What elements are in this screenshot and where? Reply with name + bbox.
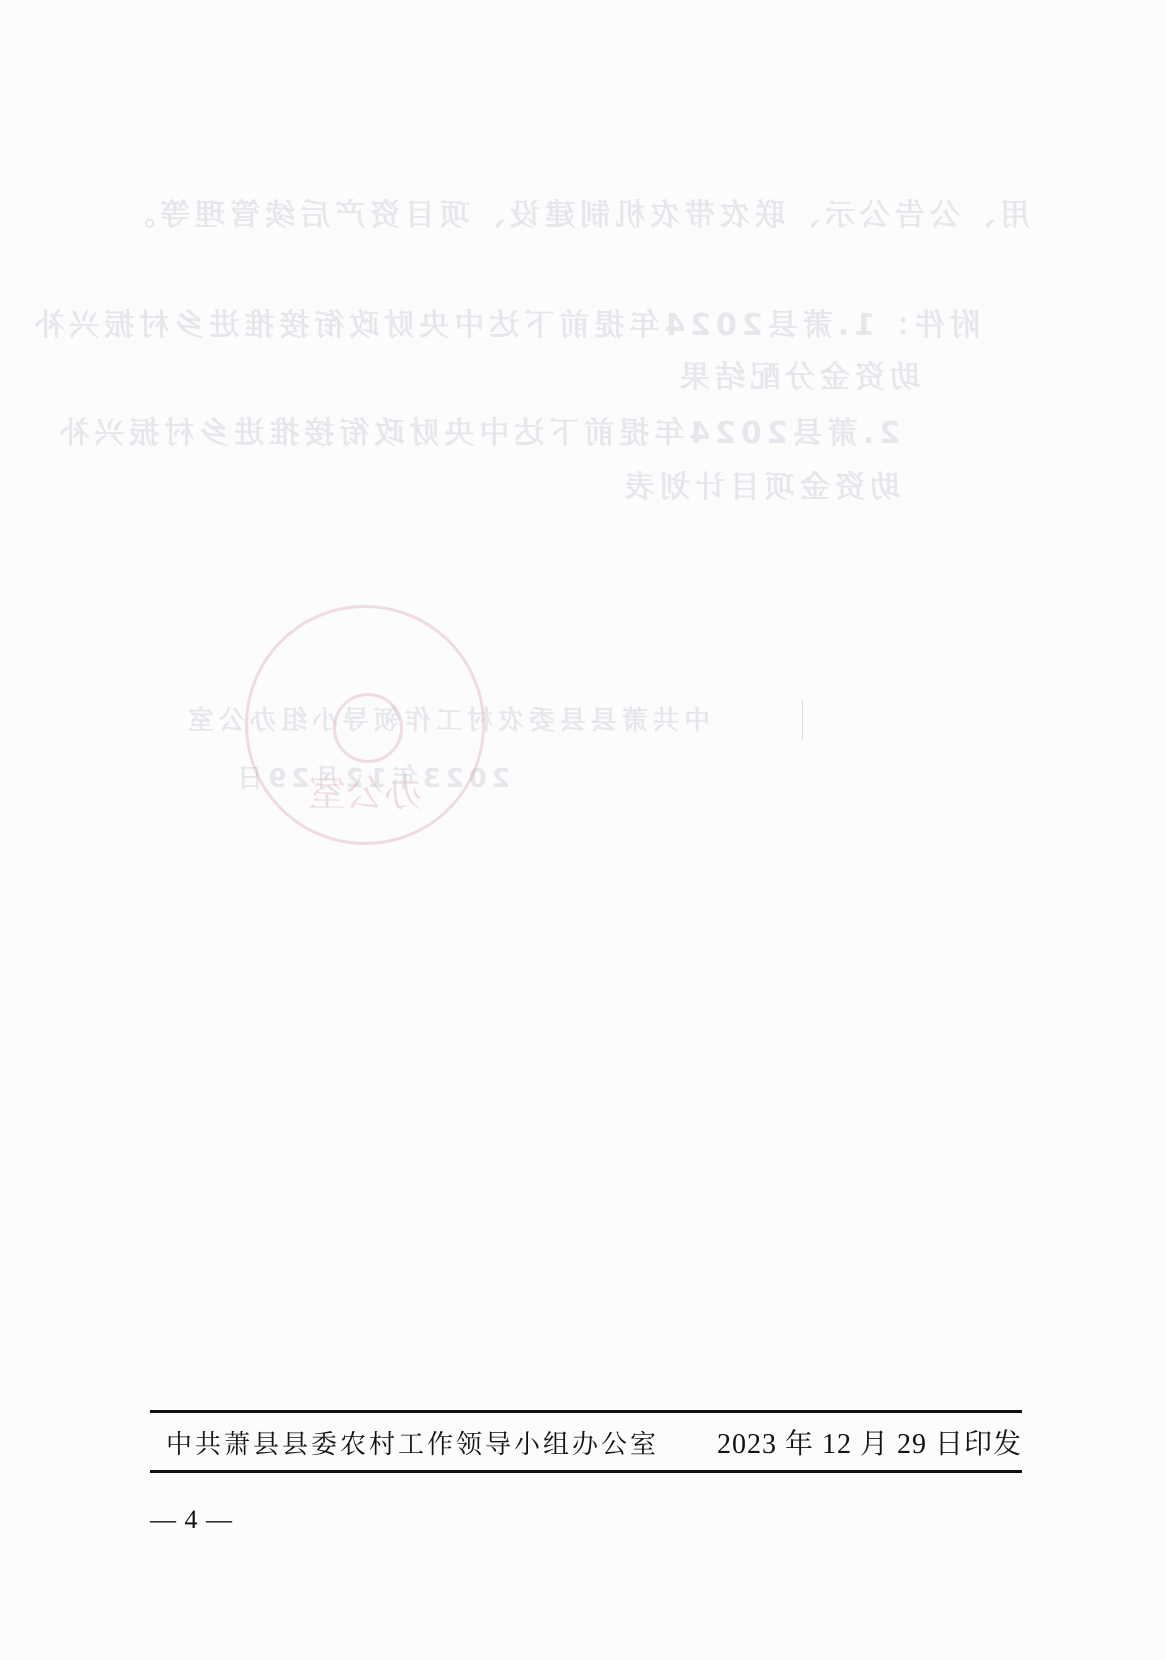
bleed-through-line: 2.萧县2024年提前下达中央财政衔接推进乡村振兴补 [140,408,900,452]
scan-artifact [802,700,803,740]
page-number: — 4 — [150,1505,233,1535]
colophon-date: 2023 年 12 月 29 日印发 [717,1422,1022,1462]
official-seal: 办公室 [245,605,485,845]
seal-center-text: 办公室 [248,762,482,817]
colophon-bottom-rule [150,1470,1022,1473]
colophon-issuer: 中共萧县县委农村工作领导小组办公室 [150,1424,659,1461]
colophon: 中共萧县县委农村工作领导小组办公室 2023 年 12 月 29 日印发 [150,1418,1022,1466]
bleed-through-line: 附件：1.萧县2024年提前下达中央财政衔接推进乡村振兴补 [140,300,980,344]
bleed-through-line: 用、公告公示、联农带农机制建设、项目资产后续管理等。 [200,190,1030,234]
bleed-through-line: 助资金项目计划表 [600,462,900,506]
colophon-top-rule [150,1410,1022,1413]
party-emblem-icon [333,693,403,763]
bleed-through-line: 助资金分配结果 [600,352,920,396]
document-page: 用、公告公示、联农带农机制建设、项目资产后续管理等。 附件：1.萧县2024年提… [0,0,1166,1660]
